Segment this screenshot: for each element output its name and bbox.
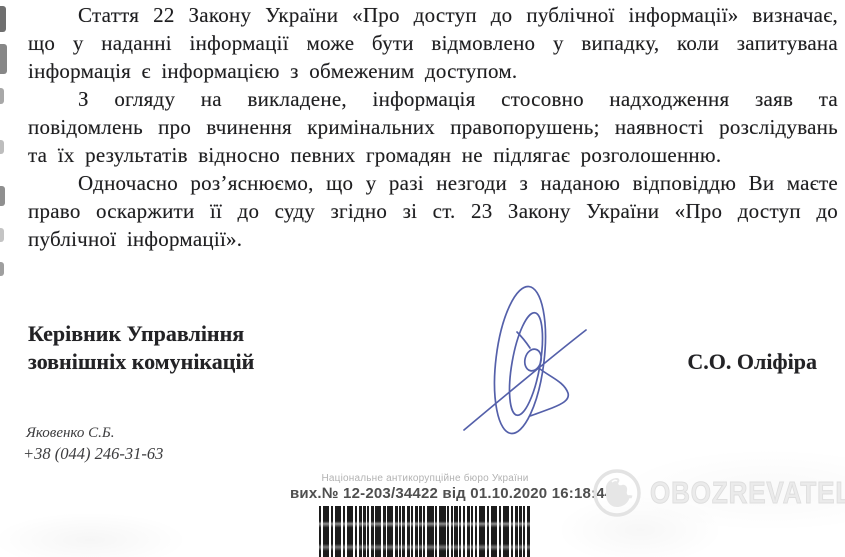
- paragraph-3: Одночасно роз’яснюємо, що у разі незгоди…: [28, 169, 838, 253]
- scan-edge-artifact: [0, 186, 5, 206]
- barcode: [319, 506, 531, 557]
- scan-edge-artifact: [0, 88, 4, 104]
- scan-edge-artifact: [0, 44, 7, 74]
- obozrevatel-watermark: OBOZREVATEL: [592, 466, 845, 520]
- scan-edge-artifact: [0, 262, 4, 276]
- scanned-letter-page: Стаття 22 Закону України «Про доступ до …: [0, 0, 845, 557]
- signer-position-line1: Керівник Управління: [28, 320, 254, 348]
- signer-name: С.О. Оліфіра: [687, 349, 817, 375]
- scan-edge-artifact: [0, 6, 6, 32]
- executor-phone: +38 (044) 246-31-63: [23, 444, 163, 463]
- registration-stamp: Національне антикорупційне бюро України …: [290, 473, 560, 557]
- stamp-registration-line: вих.№ 12-203/34422 від 01.10.2020 16:18:…: [290, 485, 560, 502]
- paragraph-1: Стаття 22 Закону України «Про доступ до …: [28, 1, 838, 85]
- handwritten-signature: [440, 272, 610, 457]
- signer-position-line2: зовнішніх комунікацій: [28, 348, 254, 376]
- letter-body: Стаття 22 Закону України «Про доступ до …: [28, 1, 838, 253]
- scan-edge-artifact: [0, 140, 4, 154]
- stamp-organization: Національне антикорупційне бюро України: [290, 473, 560, 484]
- executor-contact: Яковенко С.Б. +38 (044) 246-31-63: [23, 424, 163, 463]
- watermark-label: OBOZREVATEL: [650, 475, 845, 511]
- paragraph-2: З огляду на викладене, інформація стосов…: [28, 85, 838, 169]
- signer-position-title: Керівник Управління зовнішніх комунікаці…: [28, 320, 254, 376]
- scan-edge-artifact: [0, 228, 4, 242]
- executor-name: Яковенко С.Б.: [26, 424, 163, 443]
